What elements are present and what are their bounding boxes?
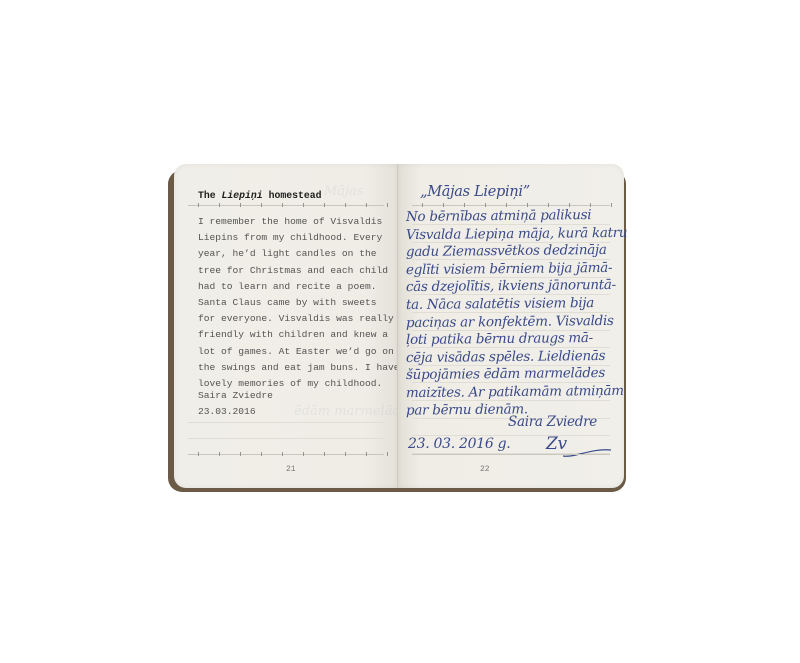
bleed-through-text: Mājas xyxy=(324,184,364,199)
story-line: Liepins from my childhood. Every xyxy=(198,230,400,246)
handwritten-line: šūpojāmies ēdām marmelādes xyxy=(406,365,605,383)
bottom-rule xyxy=(412,454,610,455)
story-line: I remember the home of Visvaldis xyxy=(198,214,400,230)
story-line: lot of games. At Easter we’d go on xyxy=(198,344,400,360)
story-line: Santa Claus came by with sweets xyxy=(198,295,400,311)
page-number: 22 xyxy=(480,465,490,474)
story-line: had to learn and recite a poem. xyxy=(198,279,400,295)
title-rule-ticks xyxy=(188,206,384,210)
story-line: for everyone. Visvaldis was really xyxy=(198,311,400,327)
page-number: 21 xyxy=(286,465,296,474)
handwritten-line: Visvalda Liepiņa māja, kurā katru xyxy=(406,224,627,242)
handwritten-line: ļoti patika bērnu draugs mā- xyxy=(406,330,593,348)
signature-flourish xyxy=(563,446,613,460)
bottom-rule-ticks xyxy=(188,455,384,459)
handwritten-line: cās dzejolītis, ikviens jānoruntā- xyxy=(406,277,616,295)
story-line: tree for Christmas and each child xyxy=(198,263,400,279)
page-title: The Liepiņi homestead xyxy=(198,190,321,201)
story-line: the swings and eat jam buns. I have xyxy=(198,360,400,376)
handwritten-line: cēja visādas spēles. Lieldienās xyxy=(406,348,605,366)
handwritten-line: gadu Ziemassvētkos dedzināja xyxy=(406,242,607,260)
handwritten-line: No bērnības atmiņā palikusi xyxy=(406,207,591,225)
author-name: Saira Zviedre xyxy=(198,388,273,404)
handwritten-line: maizītes. Ar patikamām atmiņām xyxy=(406,383,624,401)
handwritten-line: eglīti visiem bērniem bija jāmā- xyxy=(406,260,612,278)
story-date: 23.03.2016 xyxy=(198,404,256,420)
handwritten-date: 23. 03. 2016 g. xyxy=(408,436,510,452)
handwritten-signature-name: Saira Zviedre xyxy=(508,414,597,430)
story-line: friendly with children and knew a xyxy=(198,327,400,343)
notebook: Mājas ēdām marmelādes The Liepiņi homest… xyxy=(168,164,630,494)
right-page: „Mājas Liepiņi” No bērnības atmiņā palik… xyxy=(398,164,624,488)
story-line: year, he’d light candles on the xyxy=(198,246,400,262)
story-text: I remember the home of VisvaldisLiepins … xyxy=(198,214,400,392)
handwritten-title: „Mājas Liepiņi” xyxy=(420,184,530,200)
handwritten-line: paciņas ar konfektēm. Visvaldis xyxy=(406,313,614,331)
handwritten-line: ta. Nāca salatētis visiem bija xyxy=(406,295,594,313)
left-page: Mājas ēdām marmelādes The Liepiņi homest… xyxy=(174,164,398,488)
